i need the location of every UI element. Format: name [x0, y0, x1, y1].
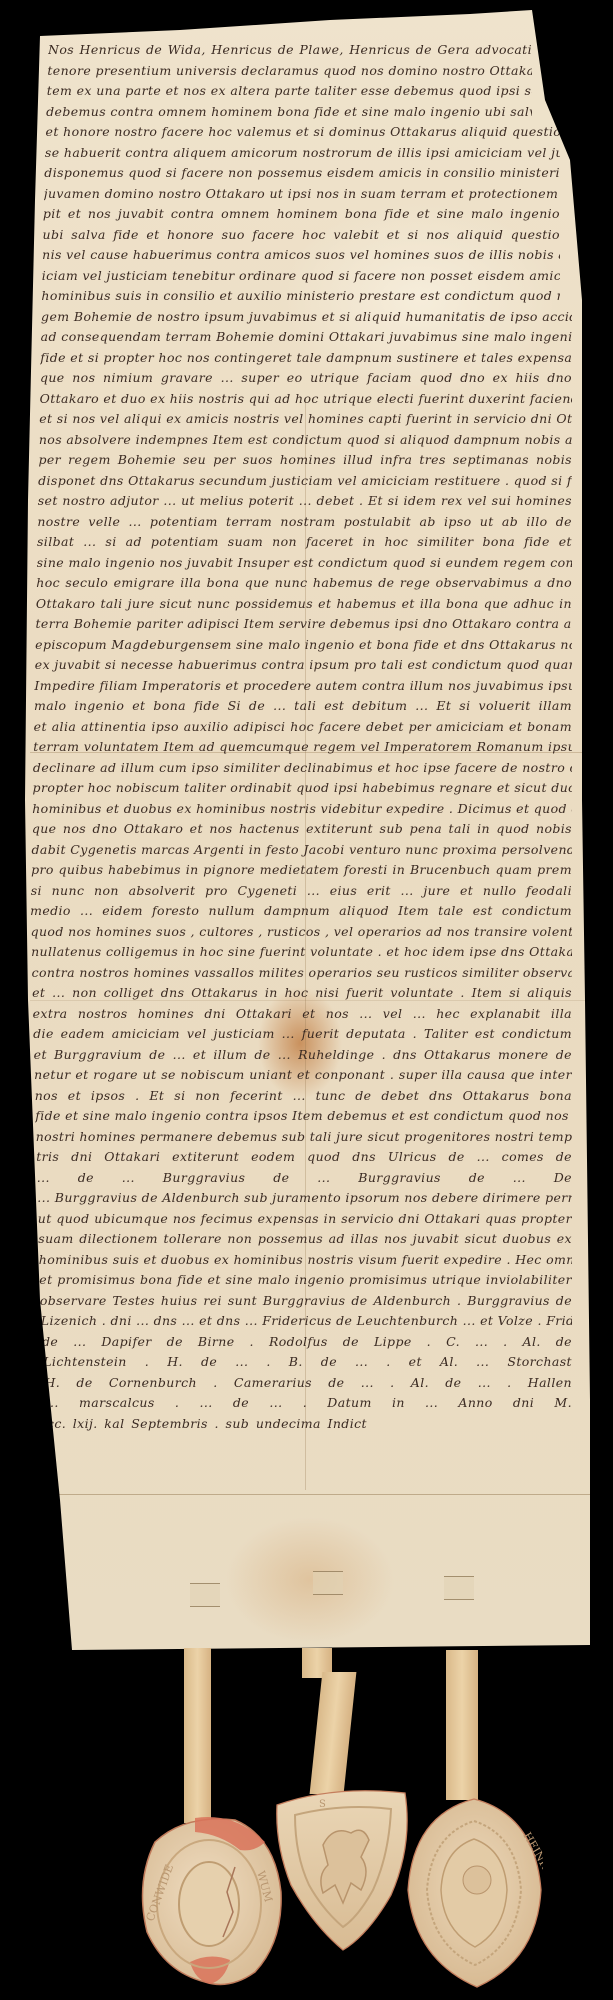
charter-line: nullatenus colligemus in hoc sine fuerin… [31, 944, 572, 960]
charter-line: si nunc non absolverit pro Cygeneti ... … [31, 883, 572, 899]
charter-line: quod nos homines suos , cultores , rusti… [31, 924, 572, 940]
charter-line: nis vel cause habuerimus contra amicos s… [42, 247, 560, 263]
charter-line: et Burggravium de ... et illum de ... Ru… [34, 1047, 572, 1063]
charter-line: terram voluntatem Item ad quemcumque reg… [33, 739, 572, 755]
charter-line: nos et ipsos . Et si non fecerint ... tu… [35, 1088, 572, 1104]
charter-line: disponemus quod si facere non possemus e… [44, 165, 560, 181]
image-stage: Nos Henricus de Wida, Henricus de Plawe,… [0, 0, 613, 2000]
charter-line: set nostro adjutor ... ut melius poterit… [38, 493, 572, 509]
charter-line: malo ingenio et bona fide Si de ... tali… [34, 698, 572, 714]
seal-slit-left [190, 1583, 220, 1607]
charter-line: gem Bohemie de nostro ipsum juvabimus et… [41, 309, 572, 325]
charter-line: ... marscalcus . ... de ... . Datum in .… [46, 1395, 572, 1411]
charter-line: ad consequendam terram Bohemie domini Ot… [41, 329, 572, 345]
charter-line: Impedire filiam Imperatoris et procedere… [34, 678, 572, 694]
charter-line: extra nostros homines dni Ottakari et no… [33, 1006, 572, 1022]
charter-line: hominibus et duobus ex hominibus nostris… [32, 801, 572, 817]
charter-line: tem ex una parte et nos ex altera parte … [47, 83, 532, 99]
charter-line: nostri homines permanere debemus sub tal… [36, 1129, 572, 1145]
seal-strap-right [446, 1650, 478, 1800]
charter-line: de ... Dapifer de Birne . Rodolfus de Li… [42, 1334, 572, 1350]
charter-line: die eadem amiciciam vel justiciam ... fu… [33, 1026, 572, 1042]
parchment-sheet: Nos Henricus de Wida, Henricus de Plawe,… [0, 0, 613, 1660]
charter-text: Nos Henricus de Wida, Henricus de Plawe,… [0, 0, 613, 1480]
charter-line: que nos dno Ottakaro et nos hactenus ext… [32, 821, 572, 837]
seal-right-oval: HEINRICI [405, 1795, 543, 1990]
charter-line: ... Burggravius de Aldenburch sub jurame… [37, 1190, 572, 1206]
seal-strap-center [310, 1672, 357, 1794]
charter-line: per regem Bohemie seu per suos homines i… [38, 452, 572, 468]
charter-line: Ottakaro et duo ex hiis nostris qui ad h… [40, 391, 572, 407]
charter-line: nos absolvere indempnes Item est condict… [39, 432, 572, 448]
charter-line: pit et nos juvabit contra omnem hominem … [43, 206, 560, 222]
charter-line: et promisimus bona fide et sine malo ing… [39, 1272, 572, 1288]
charter-line: ubi salva fide et honore suo facere hoc … [43, 227, 560, 243]
charter-line: Nos Henricus de Wida, Henricus de Plawe,… [48, 42, 532, 58]
charter-line: ... de ... Burggravius de ... Burggraviu… [37, 1170, 572, 1186]
charter-line: tris dni Ottakari extiterunt eodem quod … [36, 1149, 572, 1165]
charter-line: et alia attinentia ipso auxilio adipisci… [34, 719, 572, 735]
seal-center-legend: S [319, 1799, 326, 1810]
charter-line: pro quibus habebimus in pignore medietat… [31, 862, 572, 878]
charter-line: sine malo ingenio nos juvabit Insuper es… [37, 555, 572, 571]
charter-line: iciam vel justiciam tenebitur ordinare q… [42, 268, 560, 284]
charter-line: suam dilectionem tollerare non possemus … [38, 1231, 572, 1247]
charter-line: Lizenich . dni ... dns ... et dns ... Fr… [41, 1313, 572, 1329]
charter-line: nostre velle ... potentiam terram nostra… [37, 514, 572, 530]
charter-line: medio ... eidem foresto nullum dampnum a… [30, 903, 572, 919]
charter-line: cc. lxij. kal Septembris . sub undecima … [47, 1416, 367, 1432]
charter-line: ut quod ubicumque nos fecimus expensas i… [38, 1211, 572, 1227]
charter-line: hominibus suis in consilio et auxilio mi… [41, 288, 560, 304]
charter-line: hominibus suis et duobus ex hominibus no… [39, 1252, 572, 1268]
charter-line: declinare ad illum cum ipso similiter de… [33, 760, 572, 776]
charter-line: propter hoc nobiscum taliter ordinabit q… [33, 780, 572, 796]
charter-line: debemus contra omnem hominem bona fide e… [46, 104, 532, 120]
charter-line: que nos nimium gravare ... super eo utri… [40, 370, 572, 386]
seal-slit-center [313, 1571, 343, 1595]
seal-strap-left [184, 1648, 211, 1823]
charter-line: dabit Cygenetis marcas Argenti in festo … [31, 842, 572, 858]
charter-line: tenore presentium universis declaramus q… [47, 63, 532, 79]
charter-line: et ... non colliget dns Ottakarus in hoc… [32, 985, 572, 1001]
charter-line: contra nostros homines vassallos milites… [32, 965, 572, 981]
charter-line: se habuerit contra aliquem amicorum nost… [45, 145, 560, 161]
seal-slit-right [444, 1576, 474, 1600]
seal-center-shield: S [273, 1785, 413, 1953]
charter-line: H. de Cornenburch . Camerarius de ... . … [44, 1375, 572, 1391]
charter-line: disponet dns Ottakarus secundum justicia… [38, 473, 572, 489]
charter-line: ex juvabit si necesse habuerimus contra … [35, 657, 572, 673]
charter-line: et si nos vel aliqui ex amicis nostris v… [39, 411, 572, 427]
charter-line: netur et rogare ut se nobiscum uniant et… [34, 1067, 572, 1083]
charter-line: episcopum Magdeburgensem sine malo ingen… [35, 637, 572, 653]
charter-line: Ottakaro tali jure sicut nunc possidemus… [36, 596, 572, 612]
charter-line: terra Bohemie pariter adipisci Item serv… [36, 616, 572, 632]
charter-line: Lichtenstein . H. de ... . B. de ... . e… [43, 1354, 572, 1370]
seal-left-round: CONWIDE WUM [135, 1812, 283, 1990]
charter-line: hoc seculo emigrare illa bona que nunc h… [36, 575, 572, 591]
charter-line: et honore nostro facere hoc valemus et s… [46, 124, 560, 140]
charter-line: fide et si propter hoc nos contingeret t… [40, 350, 572, 366]
charter-line: silbat ... si ad potentiam suam non face… [37, 534, 572, 550]
charter-line: juvamen domino nostro Ottakaro ut ipsi n… [44, 186, 560, 202]
charter-line: fide et sine malo ingenio contra ipsos I… [35, 1108, 572, 1124]
charter-line: observare Testes huius rei sunt Burggrav… [40, 1293, 572, 1309]
plica-fold-line [58, 1494, 590, 1495]
